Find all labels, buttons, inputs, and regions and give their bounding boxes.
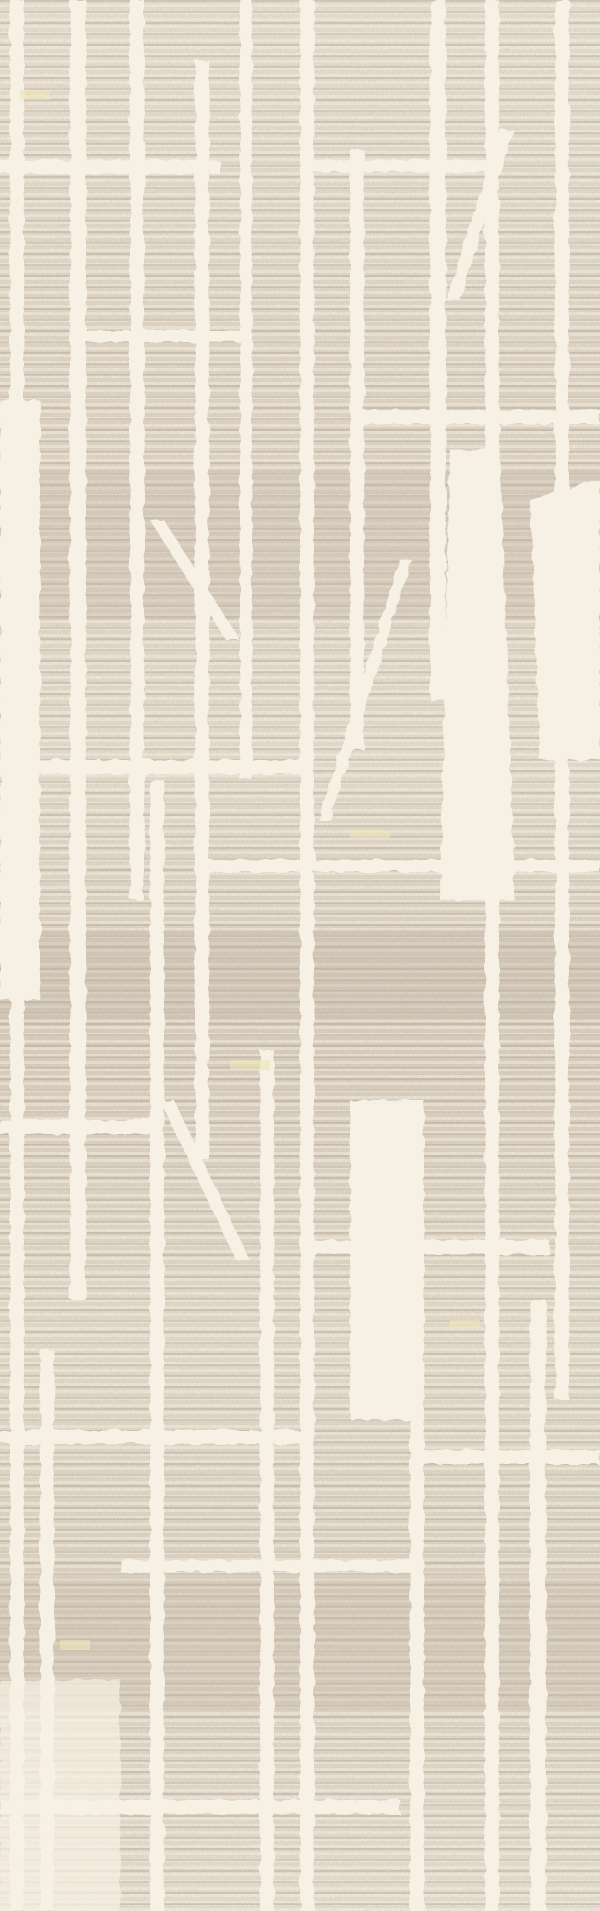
rug-pattern (0, 0, 600, 1911)
rug-photo: Hand-knotted textured area rug runner, t… (0, 0, 600, 1911)
